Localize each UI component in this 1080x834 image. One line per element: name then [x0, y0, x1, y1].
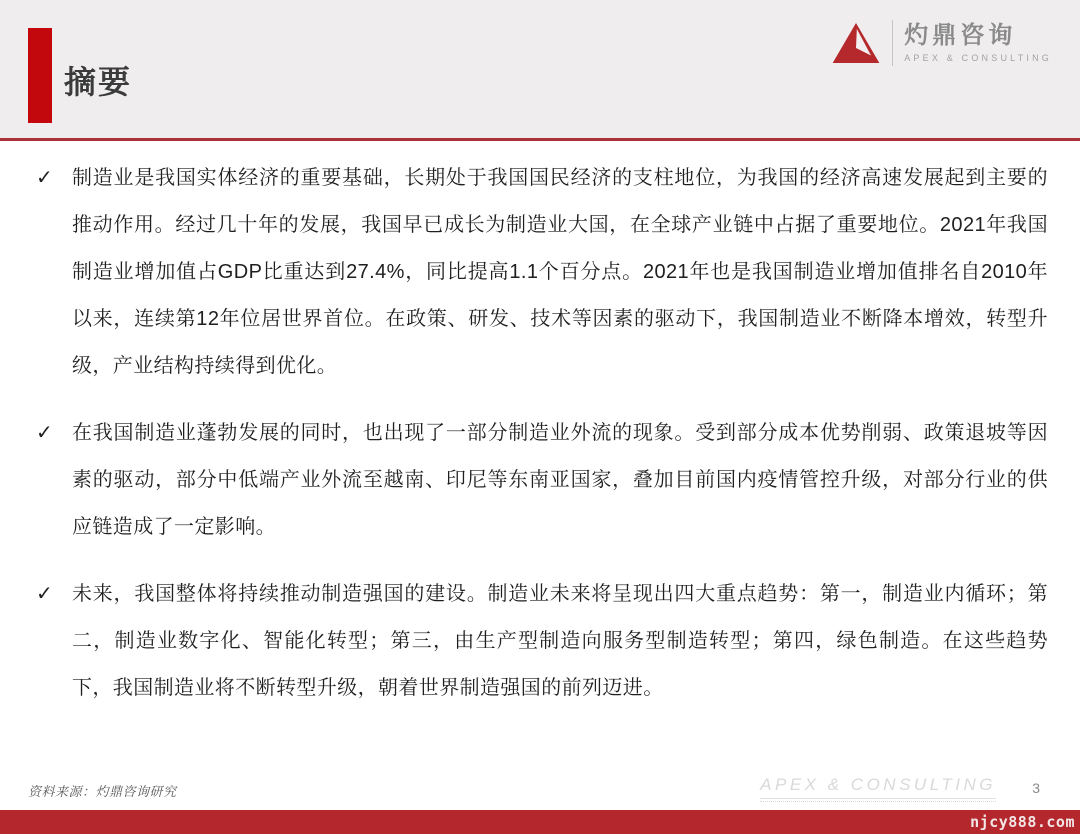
slide: 摘要 灼鼎咨询 APEX & CONSULTING ✓ 制造业是我国实体经济的重… [0, 0, 1080, 834]
bullet-item: ✓ 在我国制造业蓬勃发展的同时，也出现了一部分制造业外流的现象。受到部分成本优势… [36, 410, 1048, 551]
bullet-text: 在我国制造业蓬勃发展的同时，也出现了一部分制造业外流的现象。受到部分成本优势削弱… [72, 410, 1048, 551]
bullet-text: 未来，我国整体将持续推动制造强国的建设。制造业未来将呈现出四大重点趋势：第一，制… [72, 571, 1048, 712]
page-number: 3 [1032, 780, 1040, 796]
logo-divider [892, 20, 893, 66]
brand-name-en: APEX & CONSULTING [904, 53, 1052, 63]
checkmark-icon: ✓ [36, 410, 72, 551]
header: 摘要 灼鼎咨询 APEX & CONSULTING [0, 0, 1080, 141]
checkmark-icon: ✓ [36, 571, 72, 712]
bullet-text: 制造业是我国实体经济的重要基础，长期处于我国国民经济的支柱地位，为我国的经济高速… [72, 155, 1048, 390]
checkmark-icon: ✓ [36, 155, 72, 390]
triangle-logo-icon [831, 20, 881, 66]
company-logo: 灼鼎咨询 APEX & CONSULTING [831, 20, 1052, 66]
apex-watermark: APEX & CONSULTING [760, 775, 996, 799]
site-watermark: njcy888.com [970, 813, 1075, 831]
logo-text: 灼鼎咨询 APEX & CONSULTING [904, 23, 1052, 63]
brand-name-cn: 灼鼎咨询 [904, 23, 1052, 49]
bottom-red-bar [0, 810, 1080, 834]
title-accent-bar [28, 28, 52, 123]
source-note: 资料来源：灼鼎咨询研究 [28, 781, 177, 800]
page-title: 摘要 [64, 57, 132, 103]
bullet-item: ✓ 未来，我国整体将持续推动制造强国的建设。制造业未来将呈现出四大重点趋势：第一… [36, 571, 1048, 712]
summary-content: ✓ 制造业是我国实体经济的重要基础，长期处于我国国民经济的支柱地位，为我国的经济… [36, 155, 1048, 732]
bullet-item: ✓ 制造业是我国实体经济的重要基础，长期处于我国国民经济的支柱地位，为我国的经济… [36, 155, 1048, 390]
